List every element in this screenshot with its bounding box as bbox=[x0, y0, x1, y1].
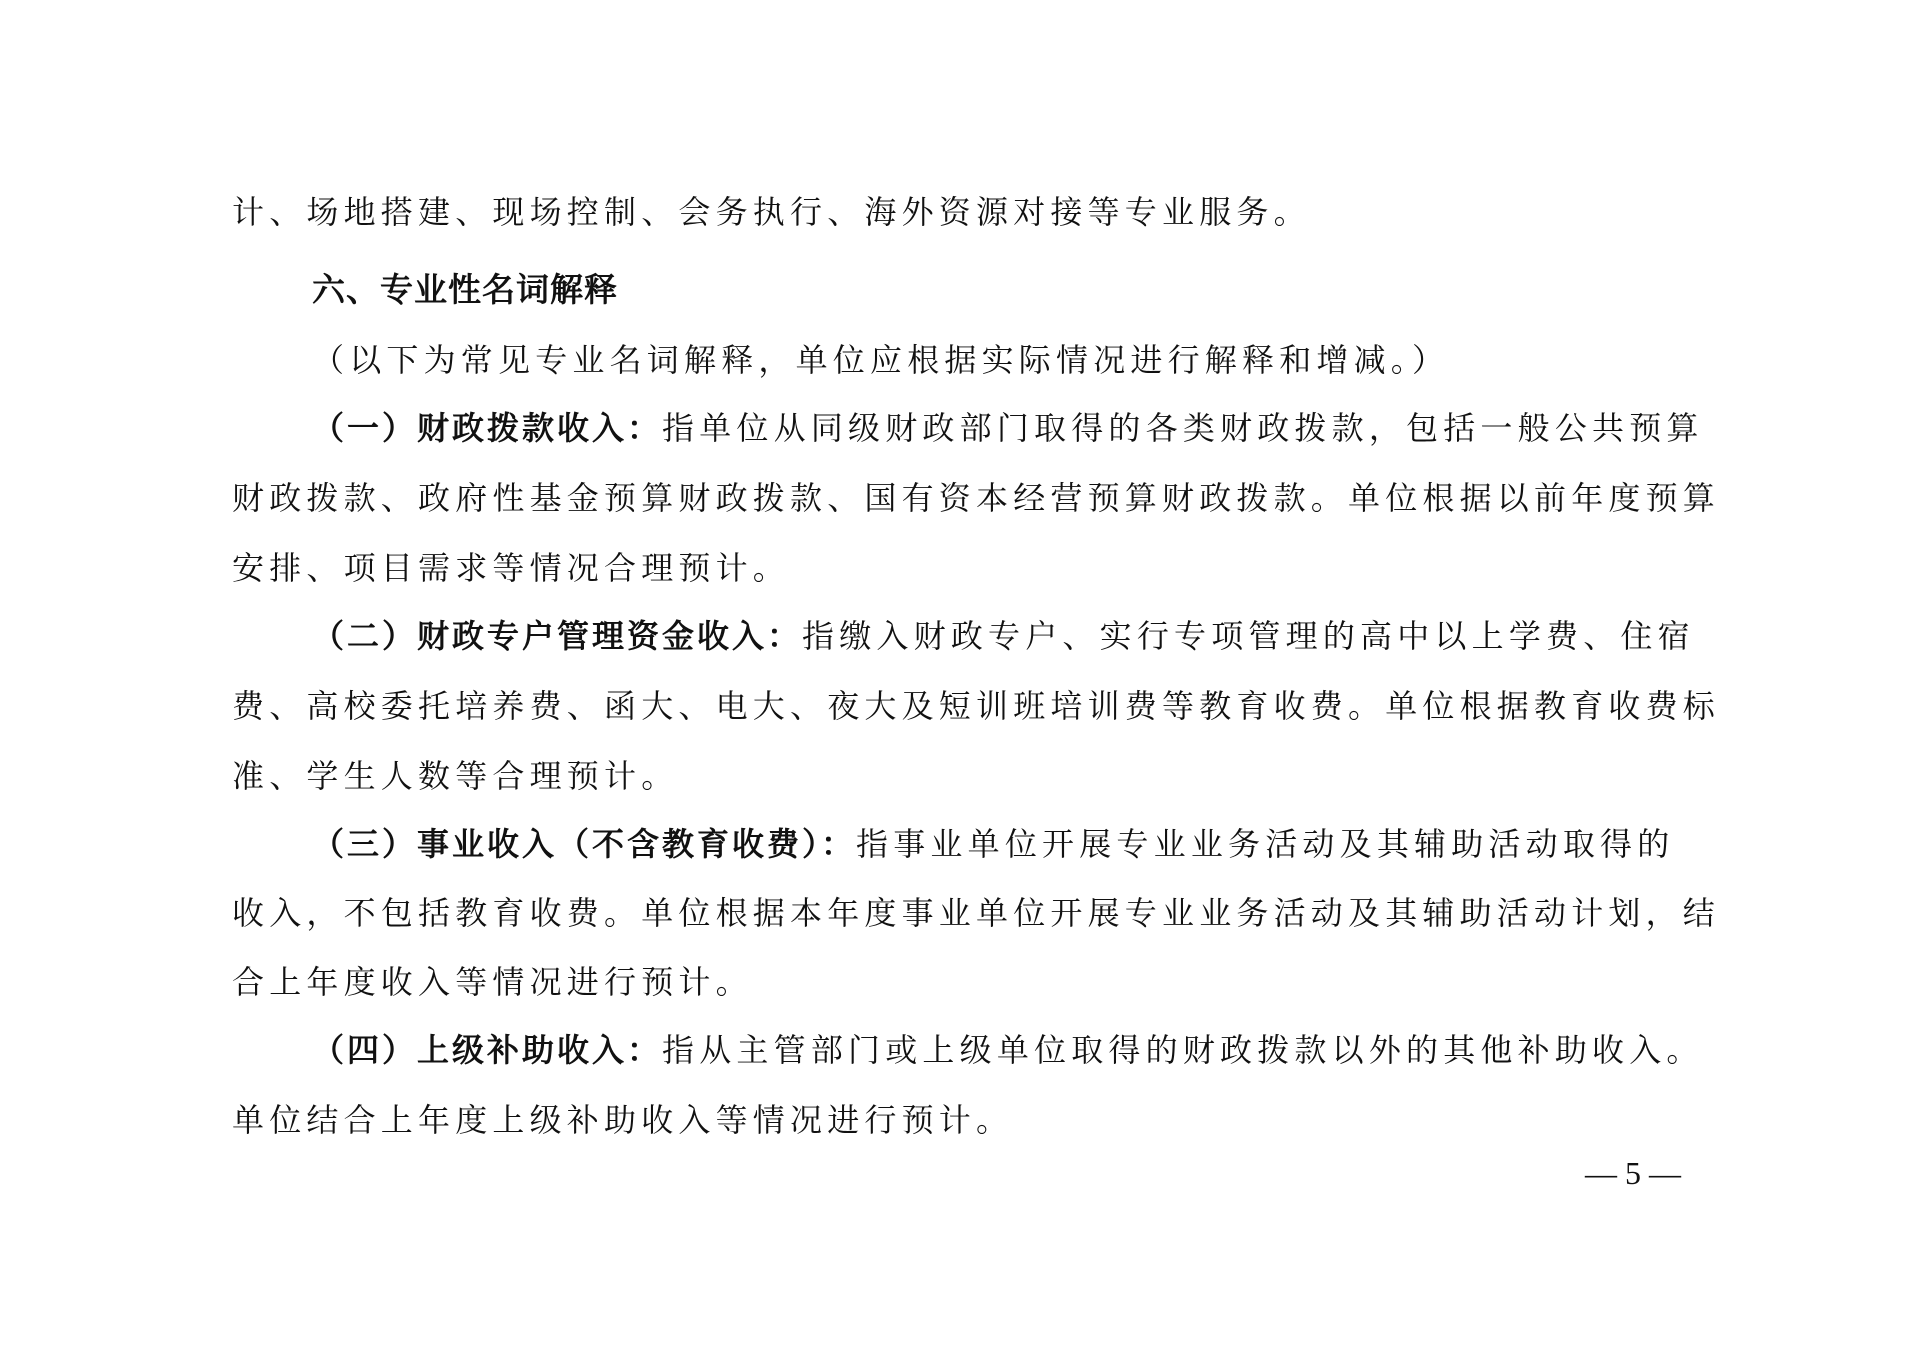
definition-term: （二）财政专户管理资金收入： bbox=[312, 617, 802, 655]
document-page: 计、场地搭建、现场控制、会务执行、海外资源对接等专业服务。 六、专业性名词解释 … bbox=[0, 0, 1920, 1357]
definition-text: 指缴入财政专户、实行专项管理的高中以上学费、住宿 bbox=[802, 617, 1695, 655]
definition-item-1-line-3: 安排、项目需求等情况合理预计。 bbox=[232, 548, 1700, 588]
definition-text: 指事业单位开展专业业务活动及其辅助活动取得的 bbox=[856, 825, 1674, 863]
definition-item-3-line-1: （三）事业收入（不含教育收费）：指事业单位开展专业业务活动及其辅助活动取得的 bbox=[312, 824, 1700, 864]
definition-item-4-line-2: 单位结合上年度上级补助收入等情况进行预计。 bbox=[232, 1100, 1700, 1140]
page-number: — 5 — bbox=[1585, 1153, 1681, 1193]
definition-term: （四）上级补助收入： bbox=[312, 1031, 662, 1069]
definition-term: （三）事业收入（不含教育收费）： bbox=[312, 825, 856, 863]
section-heading: 六、专业性名词解释 bbox=[312, 270, 1700, 310]
definition-item-2-line-1: （二）财政专户管理资金收入：指缴入财政专户、实行专项管理的高中以上学费、住宿 bbox=[312, 616, 1700, 656]
definition-item-3-line-2: 收入，不包括教育收费。单位根据本年度事业单位开展专业业务活动及其辅助活动计划，结 bbox=[232, 893, 1700, 933]
definition-item-1-line-2: 财政拨款、政府性基金预算财政拨款、国有资本经营预算财政拨款。单位根据以前年度预算 bbox=[232, 478, 1700, 518]
definition-item-2-line-3: 准、学生人数等合理预计。 bbox=[232, 756, 1700, 796]
definition-item-3-line-3: 合上年度收入等情况进行预计。 bbox=[232, 962, 1700, 1002]
definition-text: 指从主管部门或上级单位取得的财政拨款以外的其他补助收入。 bbox=[662, 1031, 1704, 1069]
continuation-line: 计、场地搭建、现场控制、会务执行、海外资源对接等专业服务。 bbox=[232, 192, 1700, 232]
definition-item-4-line-1: （四）上级补助收入：指从主管部门或上级单位取得的财政拨款以外的其他补助收入。 bbox=[312, 1030, 1700, 1070]
definition-item-1-line-1: （一）财政拨款收入：指单位从同级财政部门取得的各类财政拨款，包括一般公共预算 bbox=[312, 408, 1700, 448]
section-note: （以下为常见专业名词解释，单位应根据实际情况进行解释和增减。） bbox=[312, 340, 1700, 380]
definition-item-2-line-2: 费、高校委托培养费、函大、电大、夜大及短训班培训费等教育收费。单位根据教育收费标 bbox=[232, 686, 1700, 726]
definition-term: （一）财政拨款收入： bbox=[312, 409, 662, 447]
definition-text: 指单位从同级财政部门取得的各类财政拨款，包括一般公共预算 bbox=[662, 409, 1704, 447]
